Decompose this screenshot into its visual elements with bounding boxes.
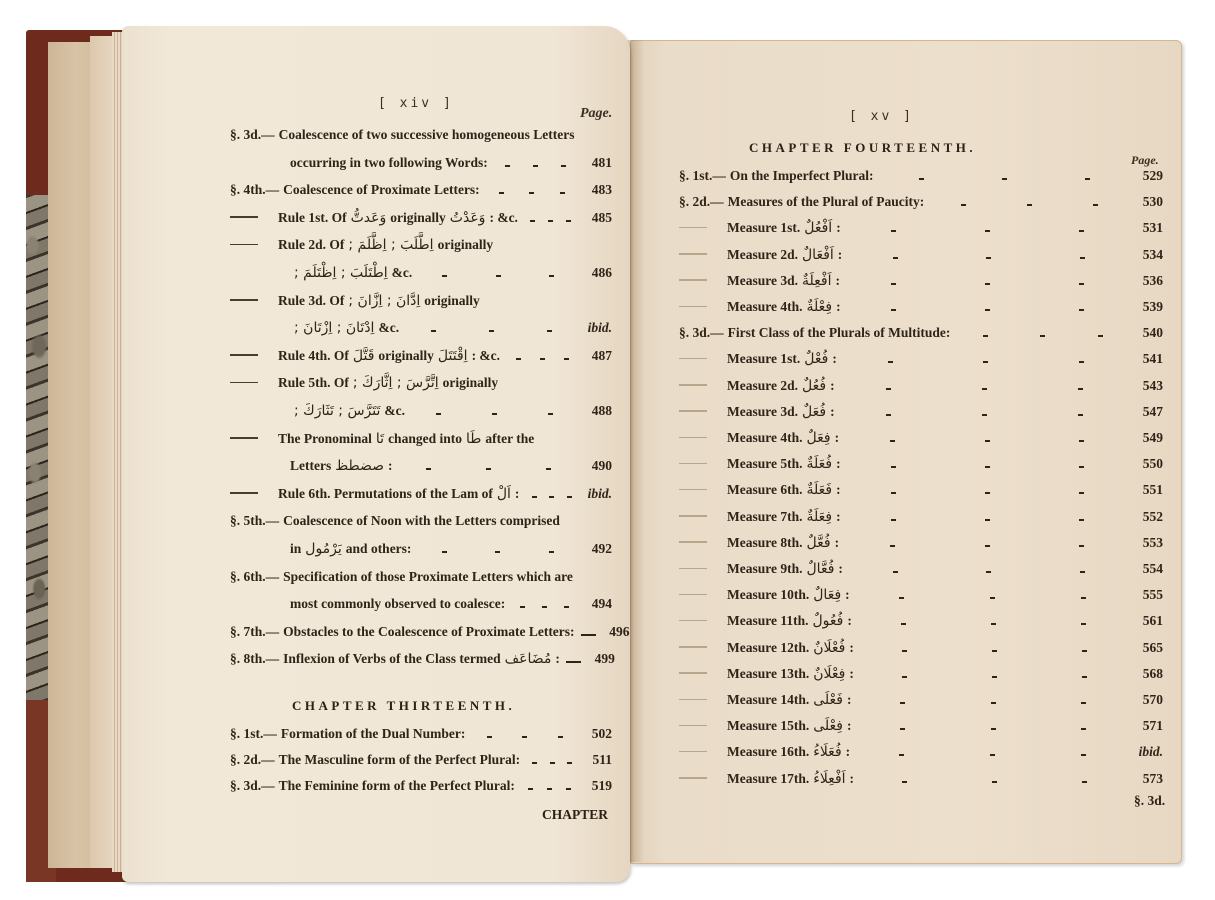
arabic-text: اَفْعَالٌ: [802, 247, 834, 263]
entry-text: Measure 2d.: [727, 378, 798, 394]
entry-text: :: [838, 561, 843, 577]
toc-entry: Measure 8th.فُعَّلٌ :553: [679, 535, 1163, 551]
dot-leader: [852, 623, 1135, 625]
entry-text: The Feminine form of the Perfect Plural:: [279, 778, 515, 794]
entry-text: Measure 2d.: [727, 247, 798, 263]
entry-text: :: [849, 666, 854, 682]
entry-text: Measure 9th.: [727, 561, 803, 577]
arabic-text: فُعَّالٌ: [807, 561, 835, 577]
entry-text: :: [832, 351, 837, 367]
toc-entry: inيَرْمُولand others:492: [290, 541, 612, 557]
ditto-dash: [679, 384, 707, 386]
section-number: §. 2d.—: [230, 752, 275, 768]
page-number: 540: [1135, 325, 1163, 341]
dot-leader: [412, 275, 584, 277]
entry-text: :: [836, 509, 841, 525]
page-number: ibid.: [584, 486, 612, 502]
dot-leader: [841, 309, 1135, 311]
arabic-text: مُضَاعَف: [505, 651, 552, 667]
entry-text: :: [846, 744, 851, 760]
toc-entry: §. 6th.—Specification of those Proximate…: [230, 569, 612, 585]
page-number: 485: [584, 210, 612, 226]
entry-text: :: [555, 651, 560, 667]
dot-leader: [520, 762, 584, 764]
entry-text: Measure 1st.: [727, 351, 800, 367]
toc-entry: Rule 1st. Ofوَعَدتُّoriginallyوَعَدْتُ: …: [230, 210, 612, 226]
dot-leader: [837, 361, 1135, 363]
page-number: 511: [584, 752, 612, 768]
ditto-dash: [679, 699, 707, 701]
toc-entry: §. 2d.—Measures of the Plural of Paucity…: [679, 194, 1163, 210]
ditto-dash: [679, 541, 707, 543]
page-number: 531: [1135, 220, 1163, 236]
entry-text: most commonly observed to coalesce:: [290, 596, 505, 612]
toc-entry: Measure 9th.فُعَّالٌ :554: [679, 561, 1163, 577]
entry-text: :: [847, 613, 852, 629]
page-number: 539: [1135, 299, 1163, 315]
toc-entry: Measure 3d.اَفْعِلَةٌ :536: [679, 273, 1163, 289]
arabic-text: اَفْعُلٌ: [804, 220, 832, 236]
page-number: 536: [1135, 273, 1163, 289]
section-number: §. 5th.—: [230, 513, 279, 529]
page-number: 571: [1135, 718, 1163, 734]
arabic-text: فِعْلَى: [813, 718, 843, 734]
ditto-dash: [679, 725, 707, 727]
toc-entry: Rule 5th. Ofاِتَّرَّسَ ; اِثَّارَكَ ;ori…: [230, 375, 612, 391]
page-number: 494: [584, 596, 612, 612]
entry-text: changed into: [388, 431, 462, 447]
toc-entry: Rule 4th. Ofقَتَّلَoriginallyاِقْتَتَلَ:…: [230, 348, 612, 364]
entry-text: :: [835, 535, 840, 551]
entry-text: Measure 15th.: [727, 718, 809, 734]
dot-leader: [843, 571, 1135, 573]
dot-leader: [839, 545, 1135, 547]
toc-entry: Rule 6th. Permutations of the Lam ofاَلْ…: [230, 486, 612, 502]
toc-entry: Measure 7th.فِعَلَةٌ :552: [679, 509, 1163, 525]
page-number: 565: [1135, 640, 1163, 656]
entry-text: Measure 5th.: [727, 456, 803, 472]
ditto-dash: [679, 489, 707, 491]
entry-text: Measure 8th.: [727, 535, 803, 551]
toc-entry: The Pronominalتَاchanged intoطَاafter th…: [230, 431, 612, 447]
dot-leader: [393, 468, 584, 470]
entry-text: Rule 5th. Of: [278, 375, 349, 391]
dot-leader: [500, 358, 584, 360]
entry-text: The Masculine form of the Perfect Plural…: [279, 752, 520, 768]
arabic-text: اِتَّرَّسَ ; اِثَّارَكَ ;: [353, 375, 439, 391]
page-number: ibid.: [1135, 744, 1163, 760]
right-catchword: §. 3d.: [1134, 793, 1165, 809]
entry-text: &c.: [392, 265, 413, 281]
toc-entry: Measure 16th.فُعَلَاءُ :ibid.: [679, 744, 1163, 760]
entry-text: Measure 4th.: [727, 430, 803, 446]
ditto-dash: [679, 358, 707, 360]
section-number: §. 2d.—: [679, 194, 724, 210]
toc-entry: Measure 15th.فِعْلَى :571: [679, 718, 1163, 734]
ditto-dash: [230, 354, 258, 356]
left-page-header: Page.: [580, 106, 612, 122]
entry-text: Obstacles to the Coalescence of Proximat…: [283, 624, 574, 640]
dot-leader: [852, 728, 1136, 730]
dot-leader: [841, 492, 1135, 494]
arabic-text: طَا: [466, 431, 481, 447]
dot-leader: [839, 440, 1135, 442]
entry-text: :: [847, 692, 852, 708]
ditto-dash: [679, 463, 707, 465]
entry-text: :: [849, 640, 854, 656]
arabic-text: فُعُولٌ: [813, 613, 844, 629]
page-number: 570: [1135, 692, 1163, 708]
entry-text: Specification of those Proximate Letters…: [283, 569, 573, 585]
section-number: §. 1st.—: [230, 726, 277, 742]
ditto-dash: [679, 672, 707, 674]
dot-leader: [854, 781, 1135, 783]
entry-text: Measure 1st.: [727, 220, 800, 236]
page-number: 549: [1135, 430, 1163, 446]
toc-entry: Measure 11th.فُعُولٌ :561: [679, 613, 1163, 629]
arabic-text: فِعَلٌ: [807, 430, 831, 446]
toc-entry: Measure 1st.اَفْعُلٌ :531: [679, 220, 1163, 236]
page-number: 561: [1135, 613, 1163, 629]
ditto-dash: [679, 620, 707, 622]
dot-leader: [560, 661, 587, 663]
entry-text: Rule 2d. Of: [278, 237, 344, 253]
entry-text: :: [836, 456, 841, 472]
toc-entry: Measure 5th.فُعَلَةٌ :550: [679, 456, 1163, 472]
ditto-dash: [679, 306, 707, 308]
section-number: §. 7th.—: [230, 624, 279, 640]
right-page: [ xv ] CHAPTER FOURTEENTH. Page. §. 1st.…: [630, 40, 1182, 864]
page-number: 551: [1135, 482, 1163, 498]
arabic-text: فَعْلَى: [813, 692, 843, 708]
entry-text: in: [290, 541, 301, 557]
toc-entry: Measure 2d.فُعُلٌ :543: [679, 378, 1163, 394]
arabic-text: فُعَلَةٌ: [807, 456, 833, 472]
ditto-dash: [679, 594, 707, 596]
entry-text: Letters: [290, 458, 331, 474]
toc-entry: Rule 3d. Ofاِدَّانَ ; اِزَّانَ ;original…: [230, 293, 612, 309]
toc-entry: Measure 14th.فَعْلَى :570: [679, 692, 1163, 708]
page-number: 481: [584, 155, 612, 171]
entry-text: :: [845, 587, 850, 603]
toc-entry: Measure 6th.فَعَلَةٌ :551: [679, 482, 1163, 498]
dot-leader: [515, 788, 584, 790]
page-number: 534: [1135, 247, 1163, 263]
toc-entry: Measure 1st.فُعْلٌ :541: [679, 351, 1163, 367]
ditto-dash: [230, 382, 258, 384]
page-number: 568: [1135, 666, 1163, 682]
toc-entry: Measure 4th.فِعَلٌ :549: [679, 430, 1163, 446]
ditto-dash: [679, 751, 707, 753]
dot-leader: [411, 551, 584, 553]
page-number: 550: [1135, 456, 1163, 472]
arabic-text: تَتَرَّسَ ; تَثَارَكَ ;: [294, 403, 380, 419]
entry-text: :: [838, 247, 843, 263]
arabic-text: فُعَّلٌ: [807, 535, 831, 551]
arabic-text: فِعْلَانٌ: [813, 666, 845, 682]
entry-text: :: [835, 273, 840, 289]
ditto-dash: [679, 777, 707, 779]
ditto-dash: [230, 244, 258, 246]
toc-entry: §. 1st.—On the Imperfect Plural:529: [679, 168, 1163, 184]
dot-leader: [835, 414, 1135, 416]
entry-text: Coalescence of Proximate Letters:: [283, 182, 480, 198]
entry-text: Measure 6th.: [727, 482, 803, 498]
entry-text: Measure 4th.: [727, 299, 803, 315]
entry-text: after the: [485, 431, 534, 447]
dot-leader: [841, 519, 1135, 521]
dot-leader: [840, 283, 1135, 285]
page-number: 488: [584, 403, 612, 419]
ditto-dash: [679, 437, 707, 439]
arabic-text: فُعْلَانٌ: [813, 640, 845, 656]
ditto-dash: [679, 568, 707, 570]
ditto-dash: [679, 253, 707, 255]
right-folio: [ xv ]: [849, 109, 914, 124]
entry-text: Coalescence of Noon with the Letters com…: [283, 513, 560, 529]
toc-entry: Measure 13th.فِعْلَانٌ :568: [679, 666, 1163, 682]
dot-leader: [950, 335, 1135, 337]
page-number: 490: [584, 458, 612, 474]
entry-text: originally: [390, 210, 446, 226]
dot-leader: [465, 736, 584, 738]
entry-text: :: [847, 718, 852, 734]
ditto-dash: [230, 492, 258, 494]
arabic-text: فِعَلَةٌ: [807, 509, 833, 525]
dot-leader: [841, 230, 1135, 232]
arabic-text: فَعَلَةٌ: [807, 482, 833, 498]
dot-leader: [519, 496, 584, 498]
entry-text: :: [836, 220, 841, 236]
dot-leader: [850, 597, 1135, 599]
toc-entry: occurring in two following Words:481: [290, 155, 612, 171]
page-number: 552: [1135, 509, 1163, 525]
toc-entry: §. 5th.—Coalescence of Noon with the Let…: [230, 513, 612, 529]
ditto-dash: [679, 279, 707, 281]
entry-text: Measure 3d.: [727, 404, 798, 420]
arabic-text: اِدَّانَ ; اِزَّانَ ;: [348, 293, 420, 309]
entry-text: : &c.: [472, 348, 500, 364]
entry-text: :: [515, 486, 520, 502]
entry-text: :: [836, 482, 841, 498]
page-number: 502: [584, 726, 612, 742]
entry-text: Measure 11th.: [727, 613, 809, 629]
ditto-dash: [679, 646, 707, 648]
page-number: 530: [1135, 194, 1163, 210]
left-catchword: CHAPTER: [542, 807, 608, 823]
entry-text: Inflexion of Verbs of the Class termed: [283, 651, 501, 667]
entry-text: originally: [443, 375, 499, 391]
page-number: 541: [1135, 351, 1163, 367]
entry-text: Measure 7th.: [727, 509, 803, 525]
toc-entry: §. 3d.—The Feminine form of the Perfect …: [230, 778, 612, 794]
toc-entry: تَتَرَّسَ ; تَثَارَكَ ;&c.488: [290, 403, 612, 419]
dot-leader: [480, 192, 584, 194]
entry-text: :: [835, 430, 840, 446]
entry-text: Formation of the Dual Number:: [281, 726, 465, 742]
page-number: 492: [584, 541, 612, 557]
entry-text: Measure 3d.: [727, 273, 798, 289]
dot-leader: [505, 606, 584, 608]
entry-text: originally: [438, 237, 494, 253]
entry-text: First Class of the Plurals of Multitude:: [728, 325, 951, 341]
entry-text: :: [388, 458, 393, 474]
left-folio: [ xiv ]: [378, 96, 454, 111]
toc-entry: §. 4th.—Coalescence of Proximate Letters…: [230, 182, 612, 198]
page-number: 573: [1135, 771, 1163, 787]
page-number: 547: [1135, 404, 1163, 420]
arabic-text: اِطْتَلَبَ ; اِظْتَلَمَ ;: [294, 265, 388, 281]
ditto-dash: [230, 299, 258, 301]
right-page-header: Page.: [1131, 153, 1159, 168]
arabic-text: اِدْتَانَ ; اِزْتَانَ ;: [294, 320, 374, 336]
page-number: 486: [584, 265, 612, 281]
arabic-text: فُعْلٌ: [804, 351, 828, 367]
entry-text: Measure 14th.: [727, 692, 809, 708]
section-number: §. 1st.—: [679, 168, 726, 184]
entry-text: On the Imperfect Plural:: [730, 168, 874, 184]
entry-text: :: [850, 771, 855, 787]
dot-leader: [399, 330, 584, 332]
dot-leader: [488, 165, 584, 167]
entry-text: &c.: [378, 320, 399, 336]
right-chapter-heading: CHAPTER FOURTEENTH.: [749, 140, 976, 156]
toc-entry: اِطْتَلَبَ ; اِظْتَلَمَ ;&c.486: [290, 265, 612, 281]
arabic-text: اِقْتَتَلَ: [438, 348, 468, 364]
page-number: 553: [1135, 535, 1163, 551]
arabic-text: وَعَدتُّ: [351, 210, 387, 226]
dot-leader: [842, 257, 1135, 259]
section-number: §. 4th.—: [230, 182, 279, 198]
arabic-text: اَلْ: [497, 486, 511, 502]
toc-entry: اِدْتَانَ ; اِزْتَانَ ;&c.ibid.: [290, 320, 612, 336]
section-number: §. 3d.—: [230, 778, 275, 794]
entry-text: : &c.: [489, 210, 517, 226]
toc-entry: §. 1st.—Formation of the Dual Number:502: [230, 726, 612, 742]
toc-entry: Measure 10th.فِعَالٌ :555: [679, 587, 1163, 603]
dot-leader: [575, 634, 602, 636]
arabic-text: فِعْلَةٌ: [807, 299, 833, 315]
entry-text: Rule 3d. Of: [278, 293, 344, 309]
ditto-dash: [679, 227, 707, 229]
toc-entry: Measure 17th.اَفْعِلَاءُ :573: [679, 771, 1163, 787]
page-number: 555: [1135, 587, 1163, 603]
entry-text: &c.: [384, 403, 405, 419]
section-number: §. 8th.—: [230, 651, 279, 667]
dot-leader: [841, 466, 1135, 468]
page-number: 543: [1135, 378, 1163, 394]
page-number: ibid.: [584, 320, 612, 336]
left-chapter-heading: CHAPTER THIRTEENTH.: [292, 698, 515, 714]
page-number: 554: [1135, 561, 1163, 577]
toc-entry: §. 3d.—First Class of the Plurals of Mul…: [679, 325, 1163, 341]
toc-entry: §. 8th.—Inflexion of Verbs of the Class …: [230, 651, 612, 667]
toc-entry: Measure 3d.فُعَلٌ :547: [679, 404, 1163, 420]
toc-entry: most commonly observed to coalesce:494: [290, 596, 612, 612]
toc-entry: Rule 2d. Ofاِطَّلَبَ ; اِظَّلَمَ ;origin…: [230, 237, 612, 253]
entry-text: :: [830, 404, 835, 420]
dot-leader: [854, 650, 1135, 652]
entry-text: and others:: [346, 541, 412, 557]
ditto-dash: [679, 410, 707, 412]
section-number: §. 3d.—: [230, 127, 275, 143]
arabic-text: يَرْمُول: [305, 541, 342, 557]
entry-text: Measure 13th.: [727, 666, 809, 682]
arabic-text: اَفْعِلَاءُ: [813, 771, 845, 787]
entry-text: Measure 16th.: [727, 744, 809, 760]
entry-text: Measures of the Plural of Paucity:: [728, 194, 925, 210]
dot-leader: [850, 754, 1135, 756]
dot-leader: [835, 388, 1135, 390]
entry-text: Measure 12th.: [727, 640, 809, 656]
entry-text: :: [836, 299, 841, 315]
toc-entry: Measure 12th.فُعْلَانٌ :565: [679, 640, 1163, 656]
section-number: §. 6th.—: [230, 569, 279, 585]
dot-leader: [852, 702, 1136, 704]
arabic-text: اِطَّلَبَ ; اِظَّلَمَ ;: [348, 237, 433, 253]
entry-text: occurring in two following Words:: [290, 155, 488, 171]
page-number: 483: [584, 182, 612, 198]
arabic-text: فِعَالٌ: [813, 587, 841, 603]
ditto-dash: [679, 515, 707, 517]
arabic-text: صضطظ: [335, 458, 384, 474]
arabic-text: فُعَلَاءُ: [813, 744, 841, 760]
dot-leader: [873, 178, 1135, 180]
page-number: 499: [587, 651, 615, 667]
dot-leader: [518, 220, 584, 222]
page-number: 519: [584, 778, 612, 794]
entry-text: Coalescence of two successive homogeneou…: [279, 127, 575, 143]
page-number: 487: [584, 348, 612, 364]
entry-text: Rule 4th. Of: [278, 348, 349, 364]
entry-text: Measure 10th.: [727, 587, 809, 603]
entry-text: originally: [424, 293, 480, 309]
toc-entry: Measure 4th.فِعْلَةٌ :539: [679, 299, 1163, 315]
entry-text: Measure 17th.: [727, 771, 809, 787]
arabic-text: اَفْعِلَةٌ: [802, 273, 831, 289]
marbled-board: [26, 195, 48, 700]
entry-text: Rule 1st. Of: [278, 210, 347, 226]
section-number: §. 3d.—: [679, 325, 724, 341]
arabic-text: فُعُلٌ: [802, 378, 826, 394]
entry-text: The Pronominal: [278, 431, 372, 447]
dot-leader: [924, 204, 1135, 206]
page-number: 529: [1135, 168, 1163, 184]
toc-entry: Measure 2d.اَفْعَالٌ :534: [679, 247, 1163, 263]
arabic-text: قَتَّلَ: [353, 348, 375, 364]
page-number: 496: [602, 624, 630, 640]
ditto-dash: [230, 216, 258, 218]
ditto-dash: [230, 437, 258, 439]
toc-entry: §. 2d.—The Masculine form of the Perfect…: [230, 752, 612, 768]
entry-text: Rule 6th. Permutations of the Lam of: [278, 486, 493, 502]
toc-entry: Lettersصضطظ:490: [290, 458, 612, 474]
toc-entry: §. 7th.—Obstacles to the Coalescence of …: [230, 624, 612, 640]
dot-leader: [405, 413, 584, 415]
dot-leader: [854, 676, 1135, 678]
arabic-text: فُعَلٌ: [802, 404, 826, 420]
arabic-text: وَعَدْتُ: [450, 210, 486, 226]
entry-text: originally: [378, 348, 434, 364]
entry-text: :: [830, 378, 835, 394]
toc-entry: §. 3d.—Coalescence of two successive hom…: [230, 127, 612, 143]
arabic-text: تَا: [376, 431, 384, 447]
left-page: [ xiv ] Page. §. 3d.—Coalescence of two …: [122, 26, 630, 882]
